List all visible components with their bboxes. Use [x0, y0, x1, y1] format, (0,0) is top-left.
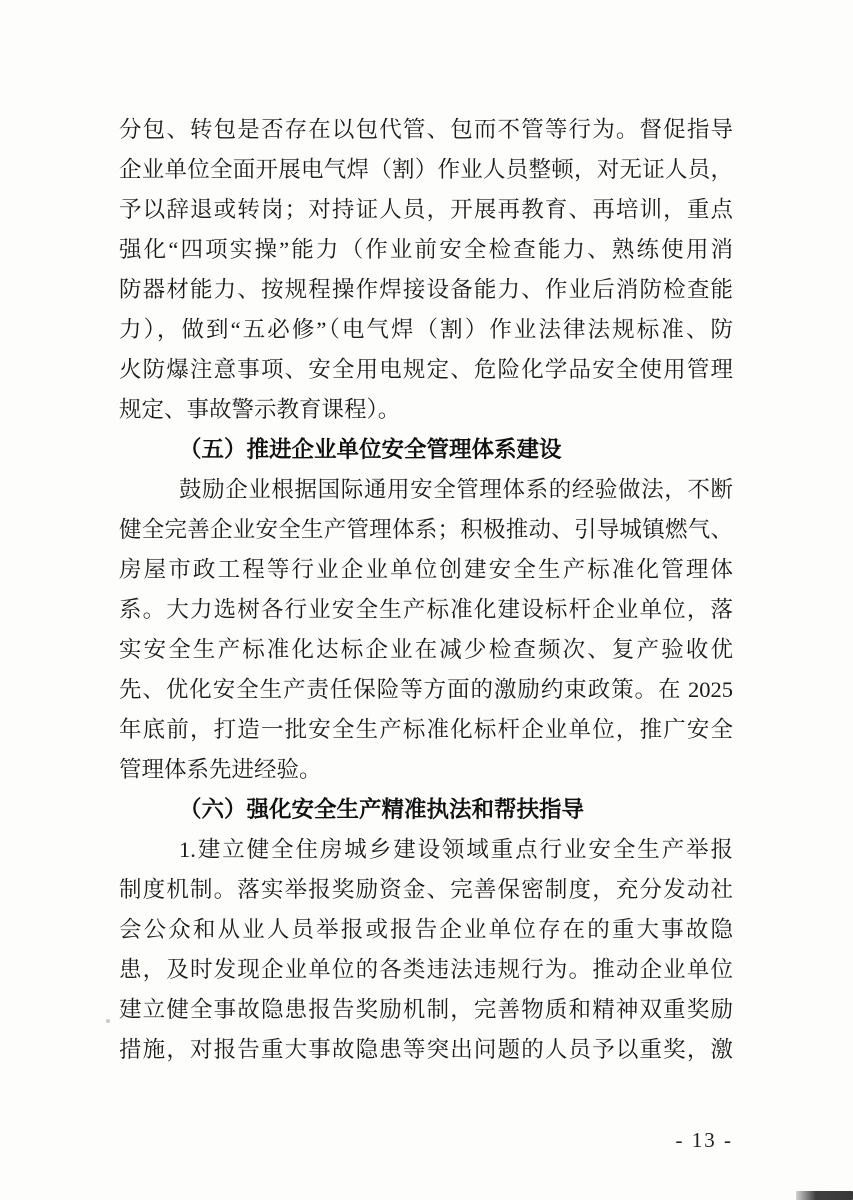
text-line: 实安全生产标准化达标企业在减少检查频次、复产验收优 [119, 630, 733, 670]
text-line: 分包、转包是否存在以包代管、包而不管等行为。督促指导 [119, 110, 733, 150]
text-line: 企业单位全面开展电气焊（割）作业人员整顿，对无证人员， [119, 150, 733, 190]
text-line: 年底前，打造一批安全生产标准化标杆企业单位，推广安全 [119, 710, 733, 750]
text-line: 措施，对报告重大事故隐患等突出问题的人员予以重奖，激 [119, 1030, 733, 1070]
scan-artifact-bar [796, 1191, 853, 1200]
text-line: 会公众和从业人员举报或报告企业单位存在的重大事故隐 [119, 910, 733, 950]
text-line: 鼓励企业根据国际通用安全管理体系的经验做法，不断 [119, 470, 733, 510]
text-line: 管理体系先进经验。 [119, 750, 733, 790]
text-line: 予以辞退或转岗；对持证人员，开展再教育、再培训，重点 [119, 190, 733, 230]
text-line: 健全完善企业安全生产管理体系；积极推动、引导城镇燃气、 [119, 510, 733, 550]
text-line: 火防爆注意事项、安全用电规定、危险化学品安全使用管理 [119, 350, 733, 390]
scan-speck [106, 1019, 110, 1023]
text-line: 建立健全事故隐患报告奖励机制，完善物质和精神双重奖励 [119, 990, 733, 1030]
text-line: 力），做到“五必修”（电气焊（割）作业法律法规标准、防 [119, 310, 733, 350]
text-line: 制度机制。落实举报奖励资金、完善保密制度，充分发动社 [119, 870, 733, 910]
text-line: 防器材能力、按规程操作焊接设备能力、作业后消防检查能 [119, 270, 733, 310]
document-page: 分包、转包是否存在以包代管、包而不管等行为。督促指导企业单位全面开展电气焊（割）… [0, 0, 853, 1200]
section-heading: （五）推进企业单位安全管理体系建设 [119, 430, 733, 470]
text-line: 强化“四项实操”能力（作业前安全检查能力、熟练使用消 [119, 230, 733, 270]
text-line: 房屋市政工程等行业企业单位创建安全生产标准化管理体 [119, 550, 733, 590]
section-heading: （六）强化安全生产精准执法和帮扶指导 [119, 790, 733, 830]
text-line: 系。大力选树各行业安全生产标准化建设标杆企业单位，落 [119, 590, 733, 630]
text-line: 先、优化安全生产责任保险等方面的激励约束政策。在 2025 [119, 670, 733, 710]
text-line: 患，及时发现企业单位的各类违法违规行为。推动企业单位 [119, 950, 733, 990]
text-line: 1.建立健全住房城乡建设领域重点行业安全生产举报 [119, 830, 733, 870]
page-number: - 13 - [119, 1128, 733, 1153]
document-body: 分包、转包是否存在以包代管、包而不管等行为。督促指导企业单位全面开展电气焊（割）… [119, 110, 733, 1070]
text-line: 规定、事故警示教育课程）。 [119, 390, 733, 430]
